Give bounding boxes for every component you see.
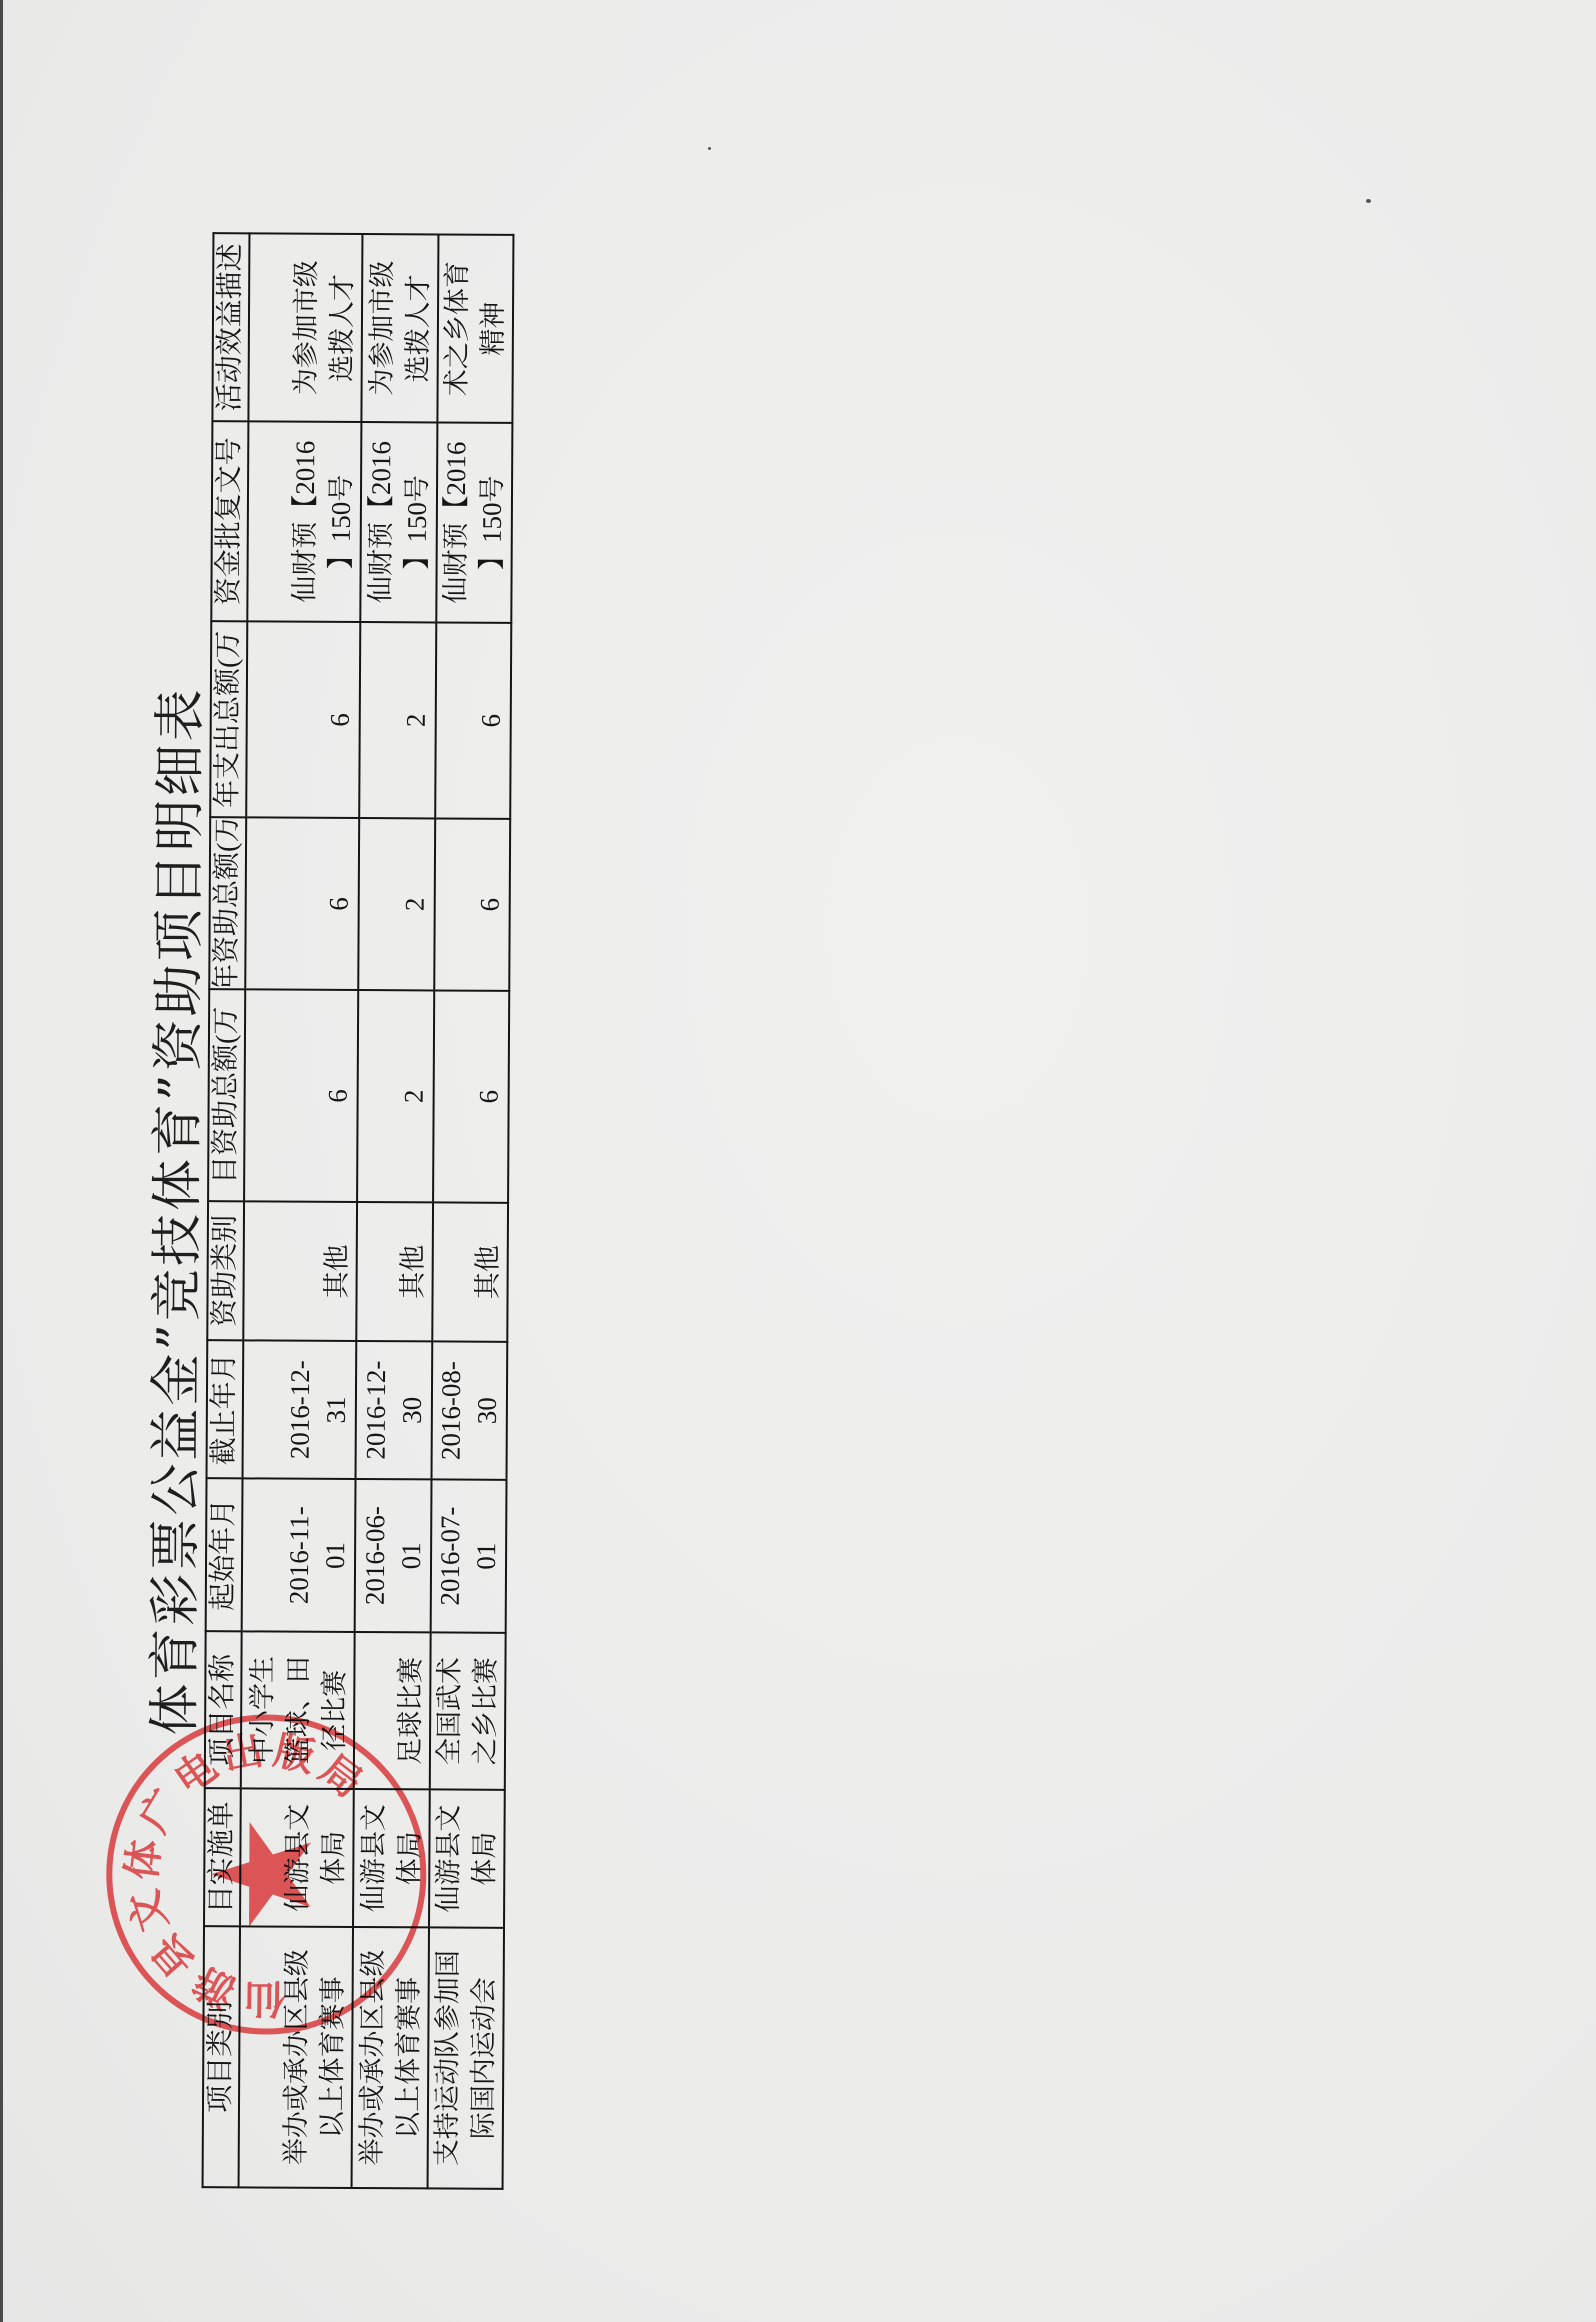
header-project-total: 目资助总额(万 — [208, 989, 245, 1201]
cell-project-total: 6 — [244, 989, 358, 1202]
header-year-funding: 年资助总额(万 — [209, 817, 246, 989]
cell-start: 2016-07- 01 — [431, 1479, 507, 1632]
cell-year-funding: 6 — [434, 818, 510, 990]
cell-start: 2016-06- 01 — [355, 1479, 432, 1632]
header-approval-no: 资金批复文号 — [211, 421, 248, 621]
header-start: 起始年月 — [206, 1478, 243, 1631]
cell-funding-type: 其他 — [432, 1202, 508, 1341]
cell-benefit: 术之乡体育 精神 — [437, 234, 513, 422]
table-row: 支持运动队参加国 际国内运动会 仙游县文 体局 全国武术 之乡比赛 2016-0… — [428, 234, 514, 2188]
cell-year-expense: 6 — [246, 621, 360, 818]
cell-end: 2016-12- 31 — [243, 1340, 357, 1479]
cell-benefit: 为参加市级 选拨人才 — [248, 233, 362, 422]
cell-category: 支持运动队参加国 际国内运动会 — [428, 1927, 504, 2188]
cell-end: 2016-08- 30 — [432, 1341, 508, 1479]
cell-year-funding: 6 — [245, 817, 359, 990]
cell-project-total: 2 — [357, 990, 434, 1202]
cell-approval-no: 仙财预【2016 】150号 — [247, 421, 361, 622]
header-funding-type: 资助类别 — [207, 1201, 244, 1340]
cell-start: 2016-11- 01 — [242, 1478, 356, 1632]
cell-unit: 仙游县文 体局 — [429, 1789, 505, 1927]
cell-approval-no: 仙财预【2016 】150号 — [436, 422, 512, 622]
header-benefit: 活动效益描述 — [212, 233, 249, 421]
cell-funding-type: 其他 — [356, 1202, 433, 1341]
cell-year-expense: 6 — [435, 622, 511, 818]
rotated-document: 体育彩票公益金”竞技体育”资助项目明细表 项目类别 目实施单 项目名称 起始年月… — [0, 0, 1596, 2322]
official-seal: 仙游县文体广电出版局 — [95, 1704, 437, 2046]
cell-end: 2016-12- 30 — [356, 1341, 433, 1479]
cell-project-total: 6 — [433, 990, 509, 1202]
cell-benefit: 为参加市级 选拨人才 — [361, 234, 438, 422]
cell-funding-type: 其他 — [243, 1201, 357, 1341]
header-end: 截止年月 — [207, 1340, 244, 1478]
cell-name: 全国武术 之乡比赛 — [430, 1632, 506, 1789]
header-year-expense: 年支出总额(万 — [210, 621, 247, 817]
cell-year-funding: 2 — [358, 818, 435, 990]
star-icon — [211, 1822, 311, 1927]
cell-year-expense: 2 — [359, 622, 436, 818]
scanned-page: 体育彩票公益金”竞技体育”资助项目明细表 项目类别 目实施单 项目名称 起始年月… — [0, 0, 1596, 2322]
document-sheet: 体育彩票公益金”竞技体育”资助项目明细表 项目类别 目实施单 项目名称 起始年月… — [0, 0, 1596, 2322]
cell-approval-no: 仙财预【2016 】150号 — [360, 422, 437, 622]
